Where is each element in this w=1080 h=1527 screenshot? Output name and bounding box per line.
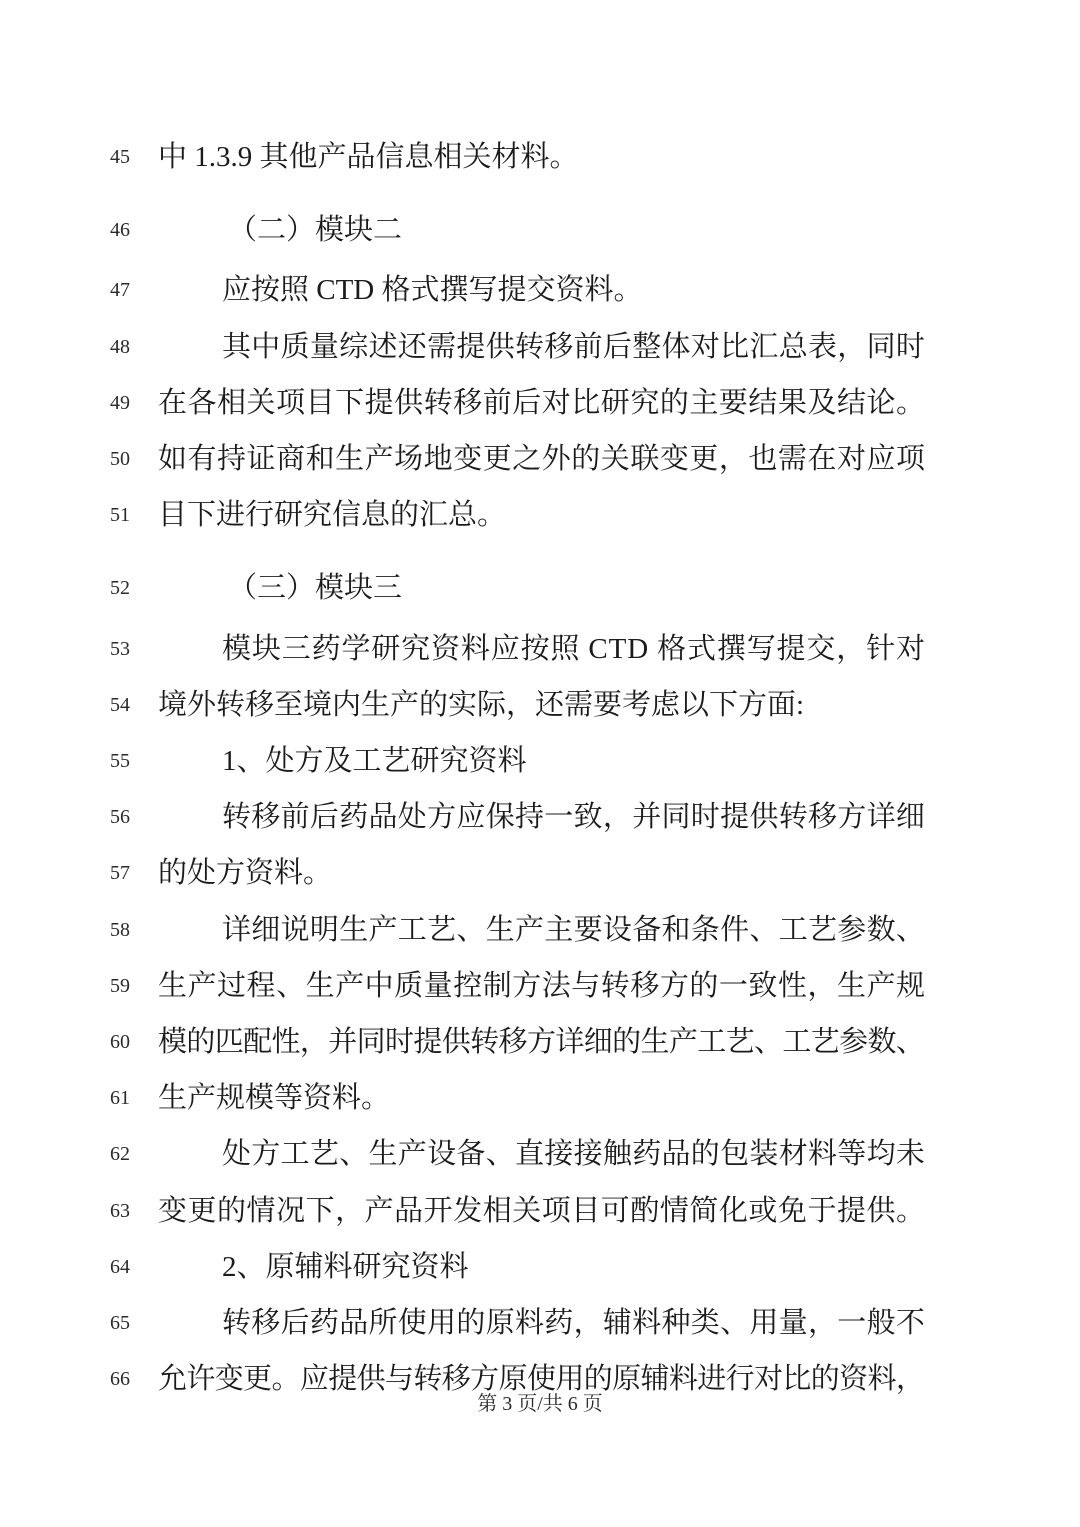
line-number: 53 xyxy=(110,638,130,660)
line-text: 如有持证商和生产场地变更之外的关联变更，也需在对应项 xyxy=(158,442,926,476)
line-text: 1、处方及工艺研究资料 xyxy=(222,744,527,778)
page-number-text: 第 3 页/共 6 页 xyxy=(477,1393,603,1415)
line-row: 47应按照 CTD 格式撰写提交资料。 xyxy=(0,273,1080,307)
page-footer: 第 3 页/共 6 页 xyxy=(0,1392,1080,1416)
line-row: 59生产过程、生产中质量控制方法与转移方的一致性，生产规 xyxy=(0,969,1080,1003)
line-number: 66 xyxy=(110,1368,130,1390)
line-row: 52（三）模块三 xyxy=(0,571,1080,605)
line-row: 45中 1.3.9 其他产品信息相关材料。 xyxy=(0,140,1080,174)
line-row: 551、处方及工艺研究资料 xyxy=(0,744,1080,778)
line-text: 应按照 CTD 格式撰写提交资料。 xyxy=(222,273,643,307)
line-text: 境外转移至境内生产的实际，还需要考虑以下方面: xyxy=(158,688,804,722)
line-number: 61 xyxy=(110,1087,130,1109)
document-page: 45中 1.3.9 其他产品信息相关材料。46（二）模块二47应按照 CTD 格… xyxy=(0,0,1080,1527)
line-row: 60模的匹配性，并同时提供转移方详细的生产工艺、工艺参数、 xyxy=(0,1025,1080,1059)
line-number: 50 xyxy=(110,448,130,470)
line-text: 变更的情况下，产品开发相关项目可酌情简化或免于提供。 xyxy=(158,1194,926,1228)
line-row: 54境外转移至境内生产的实际，还需要考虑以下方面: xyxy=(0,688,1080,722)
line-row: 49在各相关项目下提供转移前后对比研究的主要结果及结论。 xyxy=(0,386,1080,420)
line-number: 60 xyxy=(110,1031,130,1053)
line-number: 59 xyxy=(110,975,130,997)
line-row: 50如有持证商和生产场地变更之外的关联变更，也需在对应项 xyxy=(0,442,1080,476)
line-row: 63变更的情况下，产品开发相关项目可酌情简化或免于提供。 xyxy=(0,1194,1080,1228)
line-text: 目下进行研究信息的汇总。 xyxy=(158,498,506,532)
line-row: 56转移前后药品处方应保持一致，并同时提供转移方详细 xyxy=(0,800,1080,834)
line-text: 2、原辅料研究资料 xyxy=(222,1250,469,1284)
line-row: 62处方工艺、生产设备、直接接触药品的包装材料等均未 xyxy=(0,1137,1080,1171)
line-number: 52 xyxy=(110,577,130,599)
line-number: 46 xyxy=(110,219,130,241)
line-number: 55 xyxy=(110,750,130,772)
line-text: 转移后药品所使用的原料药，辅料种类、用量，一般不 xyxy=(222,1306,925,1340)
line-text: 详细说明生产工艺、生产主要设备和条件、工艺参数、 xyxy=(222,913,925,947)
line-number: 48 xyxy=(110,336,130,358)
line-number: 47 xyxy=(110,279,130,301)
line-text: 其中质量综述还需提供转移前后整体对比汇总表，同时 xyxy=(222,330,925,364)
line-number: 56 xyxy=(110,806,130,828)
line-row: 65转移后药品所使用的原料药，辅料种类、用量，一般不 xyxy=(0,1306,1080,1340)
line-number: 58 xyxy=(110,919,130,941)
line-number: 65 xyxy=(110,1312,130,1334)
line-text: 的处方资料。 xyxy=(158,856,332,890)
line-row: 58详细说明生产工艺、生产主要设备和条件、工艺参数、 xyxy=(0,913,1080,947)
line-text: 转移前后药品处方应保持一致，并同时提供转移方详细 xyxy=(222,800,925,834)
line-text: 模的匹配性，并同时提供转移方详细的生产工艺、工艺参数、 xyxy=(158,1025,924,1059)
line-text: 生产过程、生产中质量控制方法与转移方的一致性，生产规 xyxy=(158,969,926,1003)
line-row: 48其中质量综述还需提供转移前后整体对比汇总表，同时 xyxy=(0,330,1080,364)
line-number: 49 xyxy=(110,392,130,414)
line-text: 生产规模等资料。 xyxy=(158,1081,390,1115)
line-number: 57 xyxy=(110,862,130,884)
line-row: 57的处方资料。 xyxy=(0,856,1080,890)
line-text: （三）模块三 xyxy=(228,571,402,605)
line-text: 模块三药学研究资料应按照 CTD 格式撰写提交，针对 xyxy=(222,632,926,666)
line-text: 处方工艺、生产设备、直接接触药品的包装材料等均未 xyxy=(222,1137,925,1171)
line-row: 61生产规模等资料。 xyxy=(0,1081,1080,1115)
line-number: 54 xyxy=(110,694,130,716)
line-number: 64 xyxy=(110,1256,130,1278)
line-number: 62 xyxy=(110,1143,130,1165)
line-number: 63 xyxy=(110,1200,130,1222)
line-row: 642、原辅料研究资料 xyxy=(0,1250,1080,1284)
line-row: 51目下进行研究信息的汇总。 xyxy=(0,498,1080,532)
line-number: 51 xyxy=(110,504,130,526)
line-text: 在各相关项目下提供转移前后对比研究的主要结果及结论。 xyxy=(158,386,926,420)
line-text: （二）模块二 xyxy=(228,213,402,247)
line-text: 中 1.3.9 其他产品信息相关材料。 xyxy=(158,140,579,174)
line-row: 46（二）模块二 xyxy=(0,213,1080,247)
line-row: 53模块三药学研究资料应按照 CTD 格式撰写提交，针对 xyxy=(0,632,1080,666)
line-number: 45 xyxy=(110,146,130,168)
